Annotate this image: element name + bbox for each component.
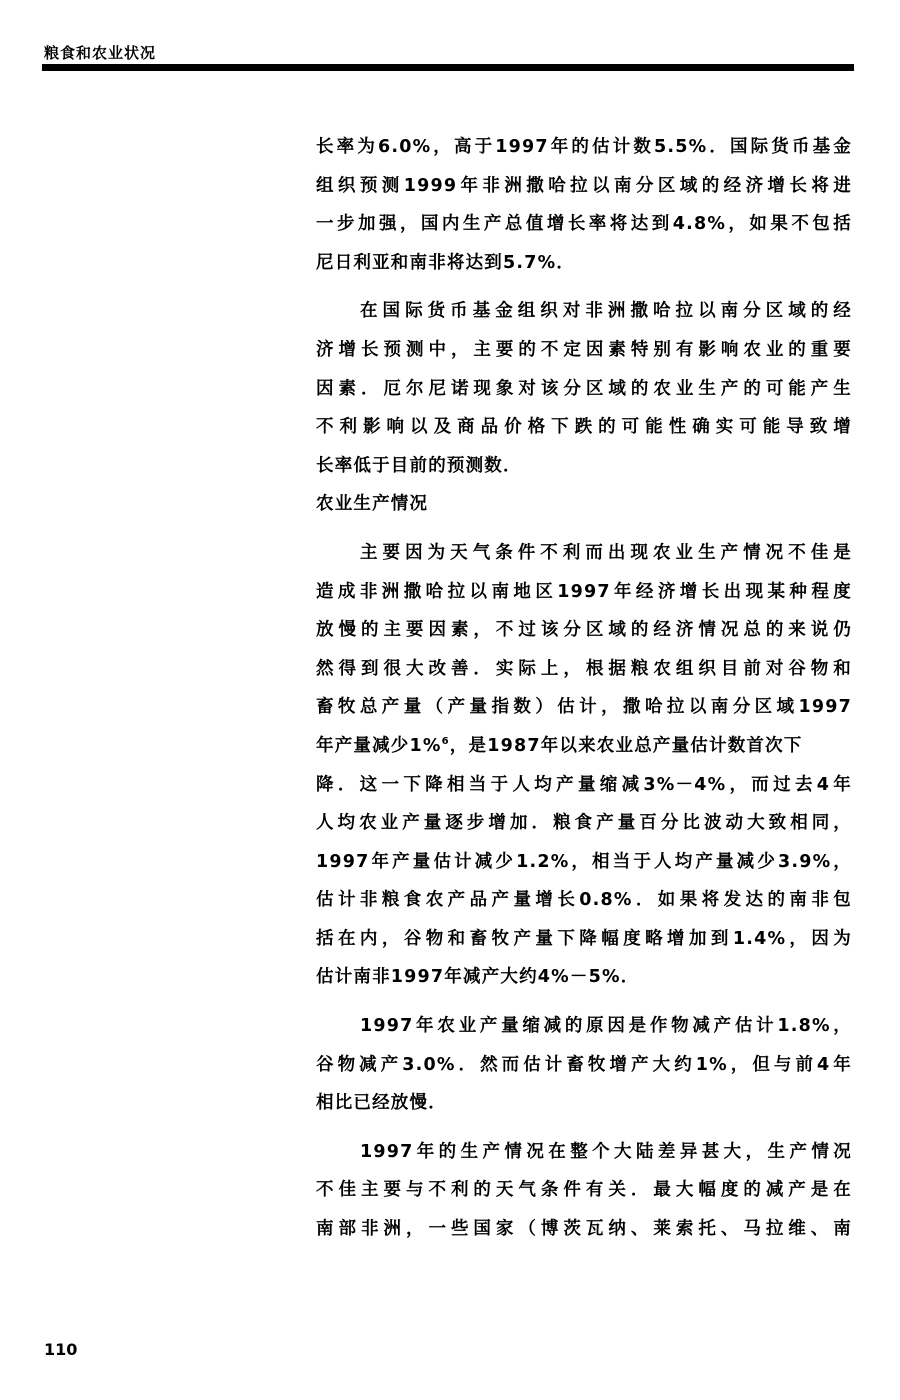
text-line: 畜牧总产量（产量指数）估计，撒哈拉以南分区域1997: [316, 688, 852, 727]
text-line: 括在内，谷物和畜牧产量下降幅度略增加到1.4%，因为: [316, 920, 852, 959]
text-line: 南部非洲，一些国家（博茨瓦纳、莱索托、马拉维、南: [316, 1210, 852, 1249]
text-line: 组织预测1999年非洲撒哈拉以南分区域的经济增长将进: [316, 167, 852, 206]
text-line: 估计非粮食农产品产量增长0.8%．如果将发达的南非包: [316, 881, 852, 920]
paragraph: 长率为6.0%，高于1997年的估计数5.5%．国际货币基金 组织预测1999年…: [316, 128, 852, 282]
text-line: 放慢的主要因素，不过该分区域的经济情况总的来说仍: [316, 611, 852, 650]
text-line: 人均农业产量逐步增加．粮食产量百分比波动大致相同，: [316, 804, 852, 843]
text-line: 一步加强，国内生产总值增长率将达到4.8%，如果不包括: [316, 205, 852, 244]
paragraph: 1997年的生产情况在整个大陆差异甚大，生产情况 不佳主要与不利的天气条件有关．…: [316, 1133, 852, 1249]
text-line: 在国际货币基金组织对非洲撒哈拉以南分区域的经: [316, 292, 852, 331]
paragraph: 主要因为天气条件不利而出现农业生产情况不佳是 造成非洲撒哈拉以南地区1997年经…: [316, 534, 852, 997]
text-line: 济增长预测中，主要的不定因素特别有影响农业的重要: [316, 331, 852, 370]
body-text: 长率为6.0%，高于1997年的估计数5.5%．国际货币基金 组织预测1999年…: [316, 128, 852, 1249]
text-line: 主要因为天气条件不利而出现农业生产情况不佳是: [316, 534, 852, 573]
text-line: 不佳主要与不利的天气条件有关．最大幅度的减产是在: [316, 1171, 852, 1210]
text-line: 相比已经放慢．: [316, 1084, 852, 1123]
text-line: 长率低于目前的预测数．: [316, 447, 852, 486]
footnote-marker[interactable]: 6: [442, 736, 450, 747]
text-line-with-footnote: 年产量减少1%6，是1987年以来农业总产量估计数首次下: [316, 727, 852, 766]
text-line: 然得到很大改善．实际上，根据粮农组织目前对谷物和: [316, 650, 852, 689]
text-line: 不利影响以及商品价格下跌的可能性确实可能导致增: [316, 408, 852, 447]
paragraph: 1997年农业产量缩减的原因是作物减产估计1.8%， 谷物减产3.0%．然而估计…: [316, 1007, 852, 1123]
text-line: 估计南非1997年减产大约4%－5%．: [316, 958, 852, 997]
text-line: 长率为6.0%，高于1997年的估计数5.5%．国际货币基金: [316, 128, 852, 167]
section-heading: 农业生产情况: [316, 485, 852, 524]
text-line: 因素．厄尔尼诺现象对该分区域的农业生产的可能产生: [316, 370, 852, 409]
text-line: 造成非洲撒哈拉以南地区1997年经济增长出现某种程度: [316, 573, 852, 612]
text-line: 1997年产量估计减少1.2%，相当于人均产量减少3.9%，: [316, 843, 852, 882]
page-number: 110: [44, 1340, 77, 1359]
text-line: 1997年农业产量缩减的原因是作物减产估计1.8%，: [316, 1007, 852, 1046]
text-line: 尼日利亚和南非将达到5.7%．: [316, 244, 852, 283]
header-rule: [42, 64, 854, 71]
paragraph: 在国际货币基金组织对非洲撒哈拉以南分区域的经 济增长预测中，主要的不定因素特别有…: [316, 292, 852, 485]
text-line: 1997年的生产情况在整个大陆差异甚大，生产情况: [316, 1133, 852, 1172]
text-line: 谷物减产3.0%．然而估计畜牧增产大约1%，但与前4年: [316, 1046, 852, 1085]
running-head-title: 粮食和农业状况: [44, 42, 156, 63]
text-fragment: ，是1987年以来农业总产量估计数首次下: [450, 736, 803, 756]
text-line: 降．这一下降相当于人均产量缩减3%－4%，而过去4年: [316, 766, 852, 805]
text-fragment: 年产量减少1%: [316, 736, 442, 756]
